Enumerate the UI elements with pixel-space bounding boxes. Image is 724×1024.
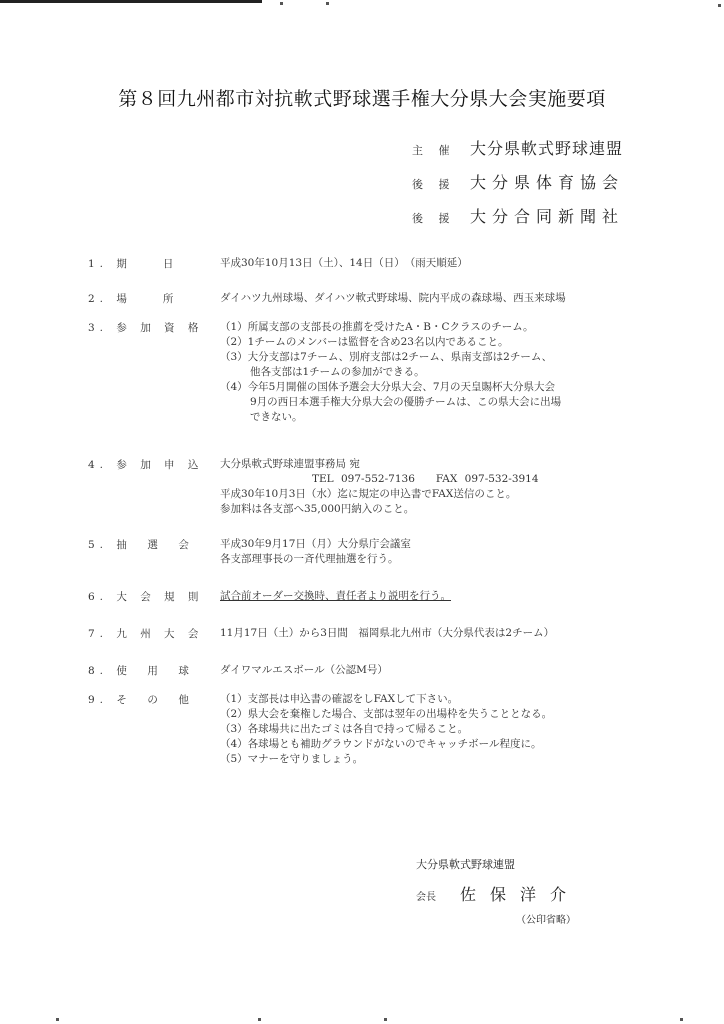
section-body: （1）所属支部の支部長の推薦を受けたA・B・Cクラスのチーム。 （2）1チームの… [220,320,628,425]
section-line: 平成30年9月17日（月）大分県庁会議室 [220,537,628,552]
section-label: 2. 場 所 [88,291,220,306]
signature-organization: 大分県軟式野球連盟 [416,856,636,872]
section-label: 8. 使 用 球 [88,663,220,678]
section-line: 参加料は各支部へ35,000円納入のこと。 [220,502,628,517]
section-body: 平成30年9月17日（月）大分県庁会議室 各支部理事長の一斉代理抽選を行う。 [220,537,628,567]
section-body: 試合前オーダー交換時、責任者より説明を行う。 [220,589,628,604]
scan-artifact-mark [56,1018,59,1021]
scan-artifact-mark [680,1018,683,1021]
section-eligibility: 3. 参 加 資 格 （1）所属支部の支部長の推薦を受けたA・B・Cクラスのチー… [88,320,628,425]
scan-artifact-mark [384,1018,387,1021]
section-body: 11月17日（土）から3日間 福岡県北九州市（大分県代表は2チーム） [220,626,628,641]
scan-artifact-mark [718,4,721,7]
section-kyushu-tournament: 7. 九 州 大 会 11月17日（土）から3日間 福岡県北九州市（大分県代表は… [88,626,628,641]
section-line: 他各支部は1チームの参加ができる。 [220,365,628,380]
signature-block: 大分県軟式野球連盟 会長 佐保洋介 （公印省略） [416,856,636,926]
organizer-name: 大分合同新聞社 [470,204,624,227]
scan-artifact-mark [258,1018,261,1021]
section-label: 3. 参 加 資 格 [88,320,220,425]
section-ball: 8. 使 用 球 ダイワマルエスボール（公認M号） [88,663,628,678]
section-label: 4. 参 加 申 込 [88,457,220,517]
section-body: 大分県軟式野球連盟事務局 宛 TEL 097-552-7136 FAX 097-… [220,457,628,517]
section-line: （3）大分支部は7チーム、別府支部は2チーム、県南支部は2チーム、 [220,350,628,365]
section-line: （4）今年5月開催の国体予選会大分県大会、7月の天皇賜杯大分県大会 [220,380,628,395]
organizer-row: 後 援 大分合同新聞社 [412,204,652,238]
section-line: （4）各球場とも補助グラウンドがないのでキャッチボール程度に。 [220,737,628,752]
section-label: 5. 抽 選 会 [88,537,220,567]
signature-name-row: 会長 佐保洋介 [416,882,636,905]
section-lottery: 5. 抽 選 会 平成30年9月17日（月）大分県庁会議室 各支部理事長の一斉代… [88,537,628,567]
section-application: 4. 参 加 申 込 大分県軟式野球連盟事務局 宛 TEL 097-552-71… [88,457,628,517]
section-date: 1. 期 日 平成30年10月13日（土）、14日（日） （雨天順延） [88,256,628,271]
section-line: ダイハツ九州球場、ダイハツ軟式野球場、院内平成の森球場、西玉来球場 [220,291,628,306]
scan-artifact-top-line [0,0,262,3]
section-body: （1）支部長は申込書の確認をしFAXして下さい。 （2）県大会を棄権した場合、支… [220,692,628,767]
section-label: 6. 大 会 規 則 [88,589,220,604]
section-line: 平成30年10月3日（水）迄に規定の申込書でFAX送信のこと。 [220,487,628,502]
scan-artifact-mark [326,2,329,5]
organizer-role: 主 催 [412,142,470,158]
organizer-role: 後 援 [412,210,470,226]
seal-omitted-note: （公印省略） [416,911,636,926]
section-line: （1）所属支部の支部長の推薦を受けたA・B・Cクラスのチーム。 [220,320,628,335]
section-line: 9月の西日本選手権大分県大会の優勝チームは、この県大会に出場 [220,395,628,410]
organizer-row: 主 催 大分県軟式野球連盟 [412,136,652,170]
section-line: 試合前オーダー交換時、責任者より説明を行う。 [220,589,628,604]
organizers-block: 主 催 大分県軟式野球連盟 後 援 大分県体育協会 後 援 大分合同新聞社 [412,136,652,238]
section-line: ダイワマルエスボール（公認M号） [220,663,628,678]
section-line: 各支部理事長の一斉代理抽選を行う。 [220,552,628,567]
section-rules: 6. 大 会 規 則 試合前オーダー交換時、責任者より説明を行う。 [88,589,628,604]
section-label: 7. 九 州 大 会 [88,626,220,641]
organizer-name: 大分県軟式野球連盟 [470,136,623,159]
signature-title: 会長 [416,888,460,903]
section-line: できない。 [220,410,628,425]
organizer-role: 後 援 [412,176,470,192]
section-line: （1）支部長は申込書の確認をしFAXして下さい。 [220,692,628,707]
sections-list: 1. 期 日 平成30年10月13日（土）、14日（日） （雨天順延） 2. 場… [88,256,628,789]
section-line: 平成30年10月13日（土）、14日（日） （雨天順延） [220,256,628,271]
section-line: （5）マナーを守りましょう。 [220,752,628,767]
section-body: ダイハツ九州球場、ダイハツ軟式野球場、院内平成の森球場、西玉来球場 [220,291,628,306]
document-title: 第８回九州都市対抗軟式野球選手権大分県大会実施要項 [0,84,724,111]
scan-artifact-mark [280,2,283,5]
organizer-row: 後 援 大分県体育協会 [412,170,652,204]
section-body: ダイワマルエスボール（公認M号） [220,663,628,678]
section-line: 大分県軟式野球連盟事務局 宛 [220,457,628,472]
organizer-name: 大分県体育協会 [470,170,624,193]
section-venue: 2. 場 所 ダイハツ九州球場、ダイハツ軟式野球場、院内平成の森球場、西玉来球場 [88,291,628,306]
signature-name: 佐保洋介 [460,882,580,905]
contact-phone-fax: TEL 097-552-7136 FAX 097-532-3914 [220,472,628,487]
section-body: 平成30年10月13日（土）、14日（日） （雨天順延） [220,256,628,271]
section-label: 1. 期 日 [88,256,220,271]
section-line: （2）1チームのメンバーは監督を含め23名以内であること。 [220,335,628,350]
section-line: 11月17日（土）から3日間 福岡県北九州市（大分県代表は2チーム） [220,626,628,641]
section-label: 9. そ の 他 [88,692,220,767]
section-other: 9. そ の 他 （1）支部長は申込書の確認をしFAXして下さい。 （2）県大会… [88,692,628,767]
section-line: （2）県大会を棄権した場合、支部は翌年の出場枠を失うこととなる。 [220,707,628,722]
section-line: （3）各球場共に出たゴミは各自で持って帰ること。 [220,722,628,737]
